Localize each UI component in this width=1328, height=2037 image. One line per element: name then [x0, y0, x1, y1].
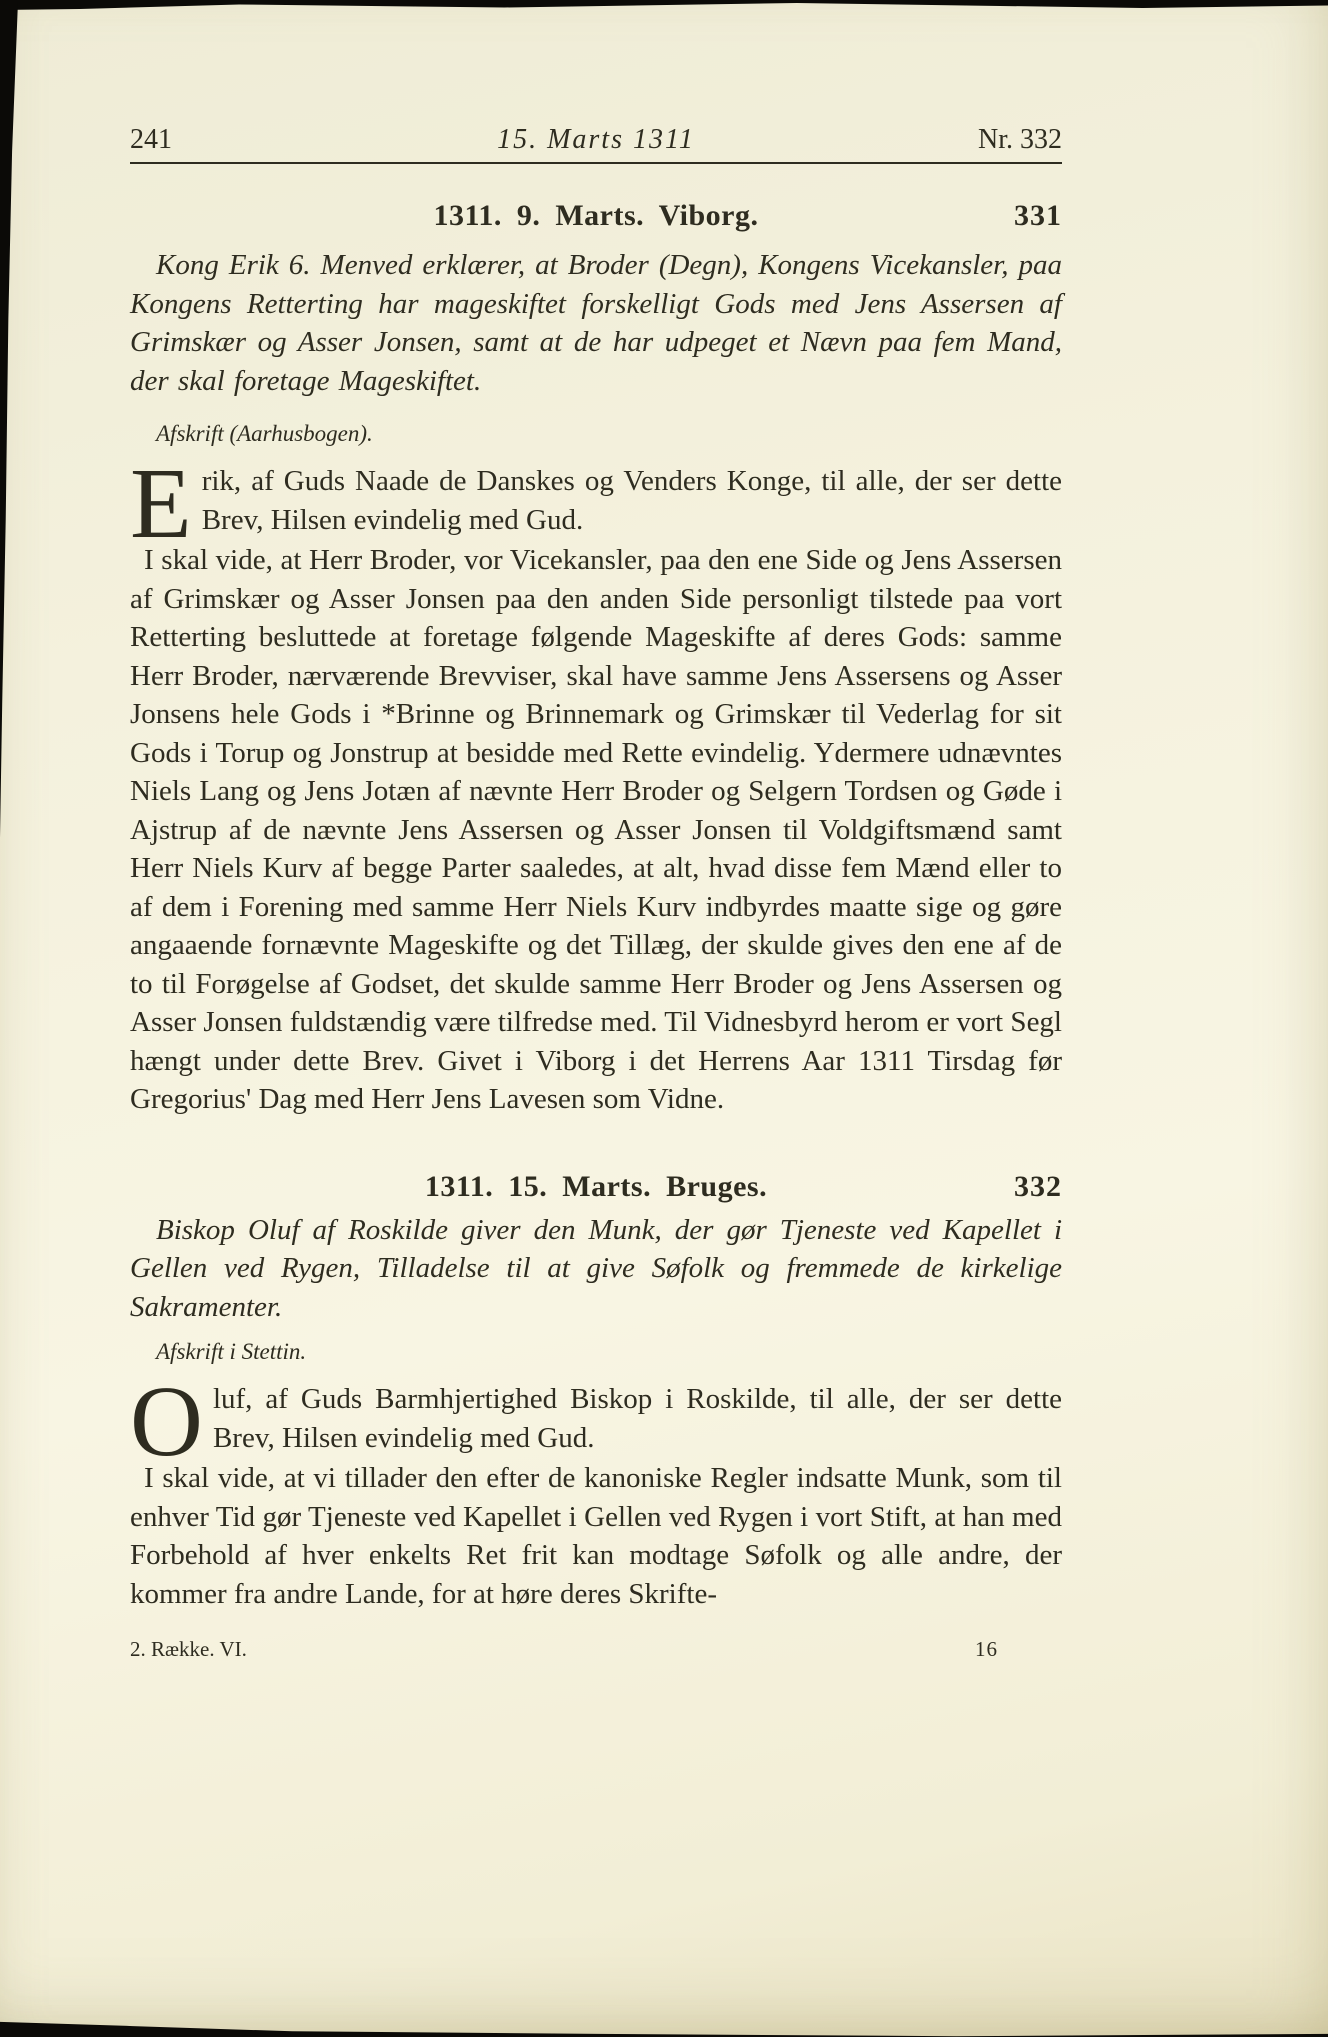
- drop-cap-initial: E: [130, 465, 192, 541]
- scan-edge-bottom: [0, 2011, 1328, 2037]
- entry-331: 1311. 9. Marts. Viborg. 331 Kong Erik 6.…: [130, 200, 1062, 1119]
- entry-body-text: I skal vide, at Herr Broder, vor Vicekan…: [130, 541, 1062, 1119]
- entry-heading: 1311. 9. Marts. Viborg. 331: [130, 200, 1062, 232]
- opening-text: luf, af Guds Barmhjertighed Biskop i Ros…: [213, 1383, 1062, 1454]
- page-footer: 2. Række. VI. 16: [130, 1637, 1062, 1661]
- running-title: 15. Marts 1311: [130, 126, 1062, 154]
- opening-text: rik, af Guds Naade de Danskes og Venders…: [202, 465, 1062, 536]
- header-rule: [130, 162, 1062, 164]
- source-note: Afskrift i Stettin.: [156, 1340, 1062, 1364]
- running-head: 241 15. Marts 1311 Nr. 332: [130, 126, 1062, 154]
- text-block: 241 15. Marts 1311 Nr. 332 1311. 9. Mart…: [130, 126, 1062, 1661]
- scan-edge-top: [0, 0, 1328, 10]
- drop-cap-initial: O: [130, 1383, 203, 1459]
- entry-number: 332: [1014, 1171, 1062, 1203]
- entry-summary: Biskop Oluf af Roskilde giver den Munk, …: [130, 1211, 1062, 1327]
- entry-body-opening: Oluf, af Guds Barmhjertighed Biskop i Ro…: [130, 1380, 1062, 1459]
- sheet-signature: 16: [975, 1637, 998, 1661]
- entry-332: 1311. 15. Marts. Bruges. 332 Biskop Oluf…: [130, 1171, 1062, 1614]
- entry-body-text: I skal vide, at vi tillader den efter de…: [130, 1459, 1062, 1613]
- entry-heading: 1311. 15. Marts. Bruges. 332: [130, 1171, 1062, 1203]
- scanned-book-page: 241 15. Marts 1311 Nr. 332 1311. 9. Mart…: [0, 0, 1328, 2037]
- entry-date-place: 1311. 15. Marts. Bruges.: [425, 1170, 767, 1203]
- entry-summary: Kong Erik 6. Menved erklærer, at Broder …: [130, 246, 1062, 400]
- entry-body-opening: Erik, af Guds Naade de Danskes og Vender…: [130, 462, 1062, 541]
- entry-date-place: 1311. 9. Marts. Viborg.: [434, 199, 759, 232]
- entry-number: 331: [1014, 200, 1062, 232]
- scan-edge-left: [0, 0, 22, 838]
- volume-label: 2. Række. VI.: [130, 1637, 247, 1661]
- source-note: Afskrift (Aarhusbogen).: [156, 422, 1062, 446]
